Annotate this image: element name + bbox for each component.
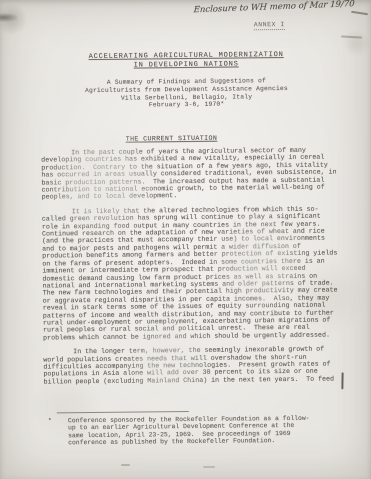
footnote-marker: * [48,417,52,424]
body-text-block: In the past couple of years the agricult… [41,147,340,393]
handwritten-note: Enclosure to WH memo of Mar 19/70 [193,0,365,15]
paragraph-1: In the past couple of years the agricult… [41,147,338,202]
annex-label: ANNEX I [254,21,285,30]
document-subtitle: A Summary of Findings and Suggestions of… [8,76,364,111]
margin-pencil-mark [341,372,343,389]
document-content: Enclosure to WH memo of Mar 19/70 ANNEX … [0,0,371,479]
paragraph-3: In the longer term, however, the seeming… [43,347,339,387]
document-title: ACCELERATING AGRICULTURAL MODERNIZATION … [8,50,364,71]
paragraph-2: It is likely that the altered technologi… [42,206,339,342]
footnote-text: Conference sponsored by the Rockefeller … [68,415,310,447]
scanned-document-page: Enclosure to WH memo of Mar 19/70 ANNEX … [0,0,371,479]
footnote-separator [57,411,189,413]
footnote: * Conference sponsored by the Rockefelle… [48,415,310,447]
section-heading-text: THE CURRENT SITUATION [126,135,218,143]
title-line-2: IN DEVELOPING NATIONS [134,60,239,70]
section-heading: THE CURRENT SITUATION [0,133,344,144]
